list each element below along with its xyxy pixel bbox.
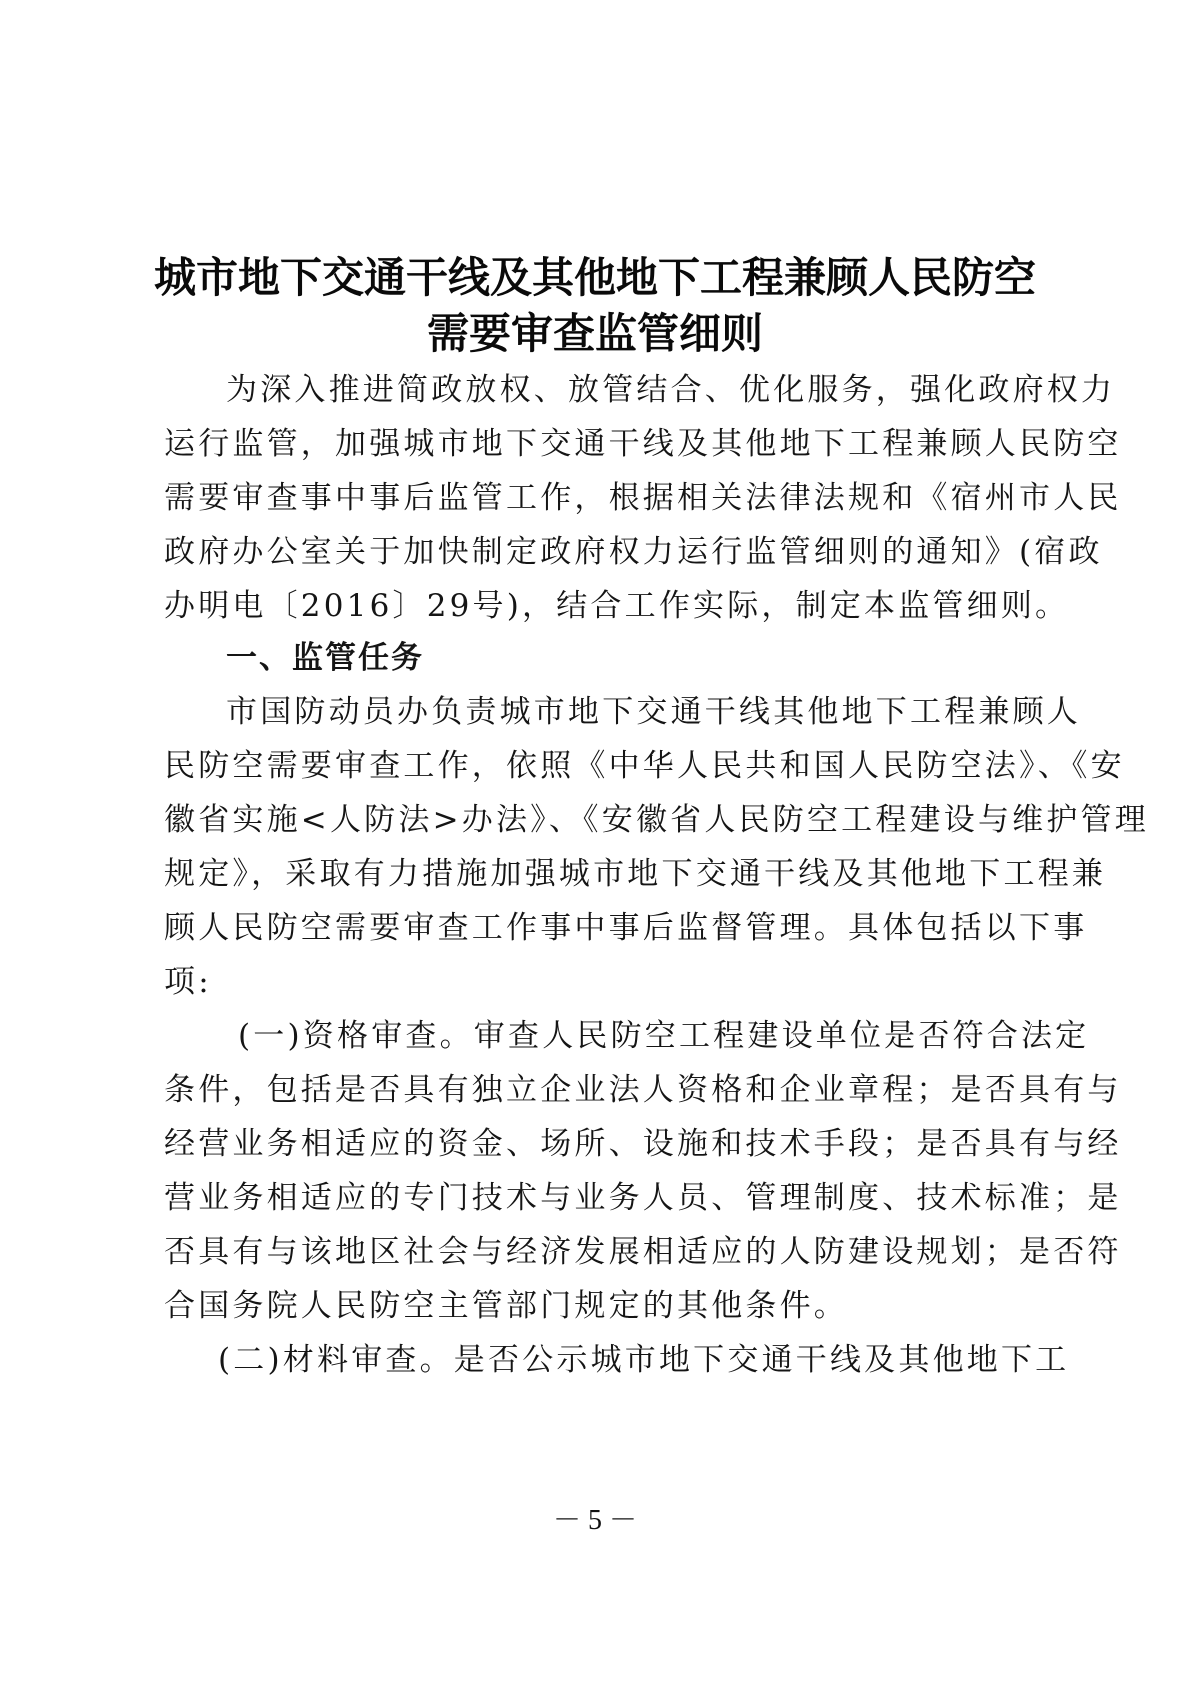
- section-heading-supervision-tasks: 一、监管任务: [226, 638, 1096, 678]
- preamble-line-4: 政府办公室关于加快制定政府权力运行监管细则的通知》(宿政: [164, 532, 1034, 572]
- section-1-line-4: 规定》，采取有力措施加强城市地下交通干线及其他地下工程兼: [164, 854, 1034, 894]
- page-number: － 5 －: [0, 1503, 1190, 1539]
- section-1-line-1: 市国防动员办负责城市地下交通干线其他地下工程兼顾人: [226, 692, 1096, 732]
- item-1-line-6: 合国务院人民防空主管部门规定的其他条件。: [164, 1286, 1034, 1326]
- section-1-line-5: 顾人民防空需要审查工作事中事后监督管理。具体包括以下事: [164, 908, 1034, 948]
- document-page: 城市地下交通干线及其他地下工程兼顾人民防空 需要审查监管细则 为深入推进简政放权…: [0, 0, 1190, 1683]
- section-1-line-3: 徽省实施<人防法>办法》、《安徽省人民防空工程建设与维护管理: [164, 800, 1034, 840]
- preamble-line-2: 运行监管，加强城市地下交通干线及其他地下工程兼顾人民防空: [164, 424, 1034, 464]
- document-title-line-1: 城市地下交通干线及其他地下工程兼顾人民防空: [0, 250, 1190, 306]
- preamble-line-3: 需要审查事中事后监管工作，根据相关法律法规和《宿州市人民: [164, 478, 1034, 518]
- preamble-line-1: 为深入推进简政放权、放管结合、优化服务，强化政府权力: [226, 370, 1096, 410]
- preamble-line-5: 办明电〔2016〕29号)，结合工作实际，制定本监管细则。: [164, 586, 1034, 626]
- section-1-line-6: 项:: [164, 962, 1034, 1002]
- item-1-line-4: 营业务相适应的专门技术与业务人员、管理制度、技术标准；是: [164, 1178, 1034, 1218]
- document-title-line-2: 需要审查监管细则: [0, 306, 1190, 362]
- item-1-line-1: (一)资格审查。审查人民防空工程建设单位是否符合法定: [238, 1016, 1108, 1056]
- item-1-line-5: 否具有与该地区社会与经济发展相适应的人防建设规划；是否符: [164, 1232, 1034, 1272]
- section-1-line-2: 民防空需要审查工作，依照《中华人民共和国人民防空法》、《安: [164, 746, 1034, 786]
- item-2-line-1: (二)材料审查。是否公示城市地下交通干线及其他地下工: [218, 1340, 1088, 1380]
- item-1-line-2: 条件，包括是否具有独立企业法人资格和企业章程；是否具有与: [164, 1070, 1034, 1110]
- item-1-line-3: 经营业务相适应的资金、场所、设施和技术手段；是否具有与经: [164, 1124, 1034, 1164]
